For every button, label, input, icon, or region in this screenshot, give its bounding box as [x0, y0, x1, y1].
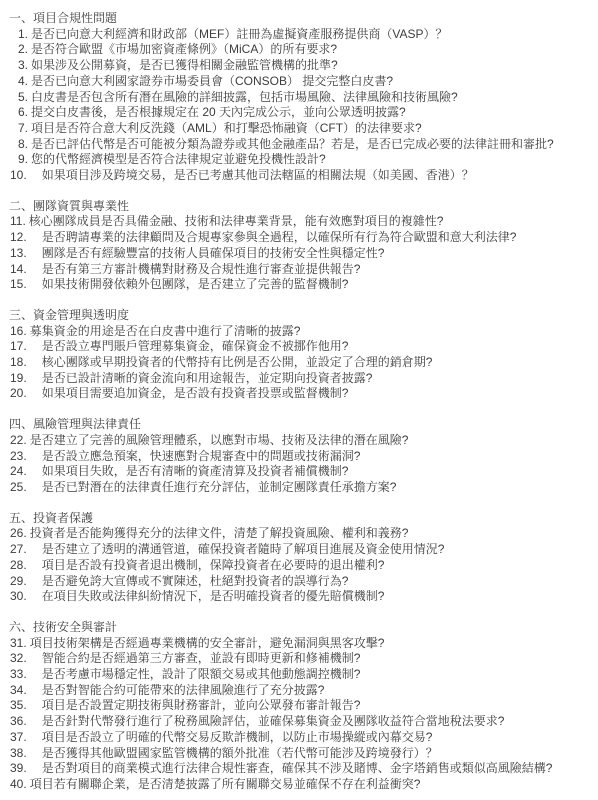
section-header: 六、技術安全與審計 [0, 620, 598, 636]
item-number: 33. [10, 667, 27, 683]
checklist-item: 30.在項目失敗或法律糾紛情況下，是否明確投資者的優先賠償機制? [0, 589, 598, 605]
item-text: 是否已設計清晰的資金流向和用途報告，並定期向投資者披露? [42, 371, 373, 387]
section-header: 三、資金管理與透明度 [0, 308, 598, 324]
section-header: 五、投資者保護 [0, 511, 598, 527]
section-4: 四、風險管理與法律責任22.是否建立了完善的風險管理體系，以應對市場、技術及法律… [0, 417, 598, 496]
item-number: 18. [10, 355, 27, 371]
item-text: 白皮書是否包含所有潛在風險的詳細披露，包括市場風險、法律風險和技術風險? [31, 90, 458, 106]
section-header: 一、項目合規性問題 [0, 11, 598, 27]
item-text: 是否獲得其他歐盟國家監管機構的額外批准（若代幣可能涉及跨境發行）？ [42, 746, 438, 762]
item-number: 9. [18, 152, 28, 168]
checklist-item: 25.是否已對潛在的法律責任進行充分評估，並制定團隊責任承擔方案? [0, 480, 598, 496]
item-number: 29. [10, 574, 27, 590]
item-text: 是否考慮市場穩定性，設計了限額交易或其他動態調控機制? [42, 667, 361, 683]
checklist-item: 9.您的代幣經濟模型是否符合法律規定並避免投機性設計? [0, 152, 598, 168]
item-text: 是否設立專門賬戶管理募集資金，確保資金不被挪作他用? [42, 339, 349, 355]
checklist-item: 38.是否獲得其他歐盟國家監管機構的額外批准（若代幣可能涉及跨境發行）？ [0, 746, 598, 762]
item-number: 20. [10, 386, 27, 402]
item-text: 團隊是否有經驗豐富的技術人員確保項目的技術安全性與穩定性? [42, 246, 385, 262]
checklist-item: 33.是否考慮市場穩定性，設計了限額交易或其他動態調控機制? [0, 667, 598, 683]
item-number: 27. [10, 542, 27, 558]
item-number: 39. [10, 761, 27, 777]
item-number: 31. [10, 636, 27, 652]
item-text: 如果項目需要追加資金，是否設有投資者投票或監督機制? [42, 386, 349, 402]
checklist-item: 26.投資者是否能夠獲得充分的法律文件，清楚了解投資風險、權利和義務? [0, 526, 598, 542]
item-number: 40. [10, 777, 27, 793]
item-number: 37. [10, 730, 27, 746]
checklist-item: 32.智能合約是否經過第三方審查，並設有即時更新和修補機制? [0, 651, 598, 667]
item-text: 是否對智能合約可能帶來的法律風險進行了充分披露? [42, 683, 325, 699]
item-number: 13. [10, 246, 27, 262]
item-number: 22. [10, 433, 27, 449]
section-1: 一、項目合規性問題1.是否已向意大利經濟和財政部（MEF）註冊為虛擬資產服務提供… [0, 11, 598, 184]
item-number: 15. [10, 277, 27, 293]
checklist-item: 29.是否避免誇大宣傳或不實陳述，杜絕對投資者的誤導行為? [0, 574, 598, 590]
checklist-document: 一、項目合規性問題1.是否已向意大利經濟和財政部（MEF）註冊為虛擬資產服務提供… [0, 11, 598, 793]
item-number: 12. [10, 230, 27, 246]
item-text: 是否符合歐盟《市場加密資產條例》（MiCA）的所有要求? [31, 42, 337, 58]
checklist-item: 16.募集資金的用途是否在白皮書中進行了清晰的披露? [0, 324, 598, 340]
item-text: 項目是否設立了明確的代幣交易反欺詐機制，以防止市場操縱或內幕交易? [42, 730, 433, 746]
checklist-item: 1.是否已向意大利經濟和財政部（MEF）註冊為虛擬資產服務提供商（VASP）？ [0, 27, 598, 43]
checklist-item: 2.是否符合歐盟《市場加密資產條例》（MiCA）的所有要求? [0, 42, 598, 58]
checklist-item: 19.是否已設計清晰的資金流向和用途報告，並定期向投資者披露? [0, 371, 598, 387]
checklist-item: 5.白皮書是否包含所有潛在風險的詳細披露，包括市場風險、法律風險和技術風險? [0, 90, 598, 106]
item-text: 是否已向意大利經濟和財政部（MEF）註冊為虛擬資產服務提供商（VASP）？ [31, 27, 447, 43]
item-text: 項目是否設有投資者退出機制，保障投資者在必要時的退出權利? [42, 558, 385, 574]
item-text: 投資者是否能夠獲得充分的法律文件，清楚了解投資風險、權利和義務? [30, 526, 409, 542]
checklist-item: 24.如果項目失敗，是否有清晰的資產清算及投資者補償機制? [0, 464, 598, 480]
item-text: 項目是否設置定期技術與財務審計，並向公眾發布審計報告? [42, 698, 361, 714]
item-number: 38. [10, 746, 27, 762]
item-text: 是否已向意大利國家證券市場委員會（CONSOB） 提交完整白皮書? [31, 74, 393, 90]
item-text: 是否避免誇大宣傳或不實陳述，杜絕對投資者的誤導行為? [42, 574, 349, 590]
item-text: 是否已評估代幣是否可能被分類為證券或其他金融產品？若是，是否已完成必要的法律註冊… [31, 137, 554, 153]
item-text: 是否建立了完善的風險管理體系，以應對市場、技術及法律的潛在風險? [30, 433, 409, 449]
item-number: 17. [10, 339, 27, 355]
section-2: 二、團隊資質與專業性11.核心團隊成員是否具備金融、技術和法律專業背景，能有效應… [0, 199, 598, 293]
item-number: 30. [10, 589, 27, 605]
checklist-item: 17.是否設立專門賬戶管理募集資金，確保資金不被挪作他用? [0, 339, 598, 355]
checklist-item: 40.項目若有關聯企業，是否清楚披露了所有關聯交易並確保不存在利益衝突? [0, 777, 598, 793]
item-text: 核心團隊成員是否具備金融、技術和法律專業背景，能有效應對項目的複雜性? [29, 214, 444, 230]
section-3: 三、資金管理與透明度16.募集資金的用途是否在白皮書中進行了清晰的披露?17.是… [0, 308, 598, 402]
checklist-item: 15.如果技術開發依賴外包團隊，是否建立了完善的監督機制? [0, 277, 598, 293]
checklist-item: 28.項目是否設有投資者退出機制，保障投資者在必要時的退出權利? [0, 558, 598, 574]
item-text: 是否設立應急預案，快速應對合規審查中的問題或技術漏洞? [42, 449, 361, 465]
item-text: 提交白皮書後，是否根據規定在 20 天內完成公示，並向公眾透明披露? [31, 105, 406, 121]
item-number: 3. [18, 58, 28, 74]
item-number: 11. [10, 214, 26, 230]
item-number: 10. [10, 168, 27, 184]
item-text: 如果技術開發依賴外包團隊，是否建立了完善的監督機制? [42, 277, 349, 293]
item-number: 16. [10, 324, 27, 340]
checklist-item: 7.項目是否符合意大利反洗錢（AML）和打擊恐怖融資（CFT）的法律要求? [0, 121, 598, 137]
section-header: 四、風險管理與法律責任 [0, 417, 598, 433]
item-text: 是否聘請專業的法律顧問及合規專家參與全過程，以確保所有行為符合歐盟和意大利法律? [42, 230, 517, 246]
item-number: 26. [10, 526, 27, 542]
checklist-item: 11.核心團隊成員是否具備金融、技術和法律專業背景，能有效應對項目的複雜性? [0, 214, 598, 230]
checklist-item: 31.項目技術架構是否經過專業機構的安全審計，避免漏洞與黑客攻擊? [0, 636, 598, 652]
section-6: 六、技術安全與審計31.項目技術架構是否經過專業機構的安全審計，避免漏洞與黑客攻… [0, 620, 598, 793]
item-text: 在項目失敗或法律糾紛情況下，是否明確投資者的優先賠償機制? [42, 589, 385, 605]
checklist-item: 10.如果項目涉及跨境交易，是否已考慮其他司法轄區的相關法規（如美國、香港）？ [0, 168, 598, 184]
item-number: 6. [18, 105, 28, 121]
item-number: 32. [10, 651, 27, 667]
item-number: 8. [18, 137, 28, 153]
item-number: 24. [10, 464, 27, 480]
item-number: 23. [10, 449, 27, 465]
item-text: 如果涉及公開募資，是否已獲得相關金融監管機構的批準? [31, 58, 338, 74]
checklist-item: 23.是否設立應急預案，快速應對合規審查中的問題或技術漏洞? [0, 449, 598, 465]
section-header: 二、團隊資質與專業性 [0, 199, 598, 215]
item-number: 1. [18, 27, 28, 43]
item-text: 是否對項目的商業模式進行法律合規性審查，確保其不涉及賭博、金字塔銷售或類似高風險… [42, 761, 553, 777]
item-number: 5. [18, 90, 28, 106]
item-text: 募集資金的用途是否在白皮書中進行了清晰的披露? [30, 324, 301, 340]
checklist-item: 35.項目是否設置定期技術與財務審計，並向公眾發布審計報告? [0, 698, 598, 714]
item-text: 是否針對代幣發行進行了稅務風險評估，並確保募集資金及團隊收益符合當地稅法要求? [42, 714, 505, 730]
checklist-item: 20.如果項目需要追加資金，是否設有投資者投票或監督機制? [0, 386, 598, 402]
item-text: 是否有第三方審計機構對財務及合規性進行審查並提供報告? [42, 262, 361, 278]
item-text: 您的代幣經濟模型是否符合法律規定並避免投機性設計? [31, 152, 326, 168]
item-number: 25. [10, 480, 27, 496]
item-number: 7. [18, 121, 28, 137]
checklist-item: 13.團隊是否有經驗豐富的技術人員確保項目的技術安全性與穩定性? [0, 246, 598, 262]
checklist-item: 4.是否已向意大利國家證券市場委員會（CONSOB） 提交完整白皮書? [0, 74, 598, 90]
item-number: 2. [18, 42, 28, 58]
checklist-item: 6.提交白皮書後，是否根據規定在 20 天內完成公示，並向公眾透明披露? [0, 105, 598, 121]
checklist-item: 39.是否對項目的商業模式進行法律合規性審查，確保其不涉及賭博、金字塔銷售或類似… [0, 761, 598, 777]
item-number: 34. [10, 683, 27, 699]
item-number: 14. [10, 262, 27, 278]
item-text: 如果項目失敗，是否有清晰的資產清算及投資者補償機制? [42, 464, 349, 480]
item-number: 35. [10, 698, 27, 714]
checklist-item: 12.是否聘請專業的法律顧問及合規專家參與全過程，以確保所有行為符合歐盟和意大利… [0, 230, 598, 246]
item-number: 28. [10, 558, 27, 574]
checklist-item: 3.如果涉及公開募資，是否已獲得相關金融監管機構的批準? [0, 58, 598, 74]
checklist-item: 22.是否建立了完善的風險管理體系，以應對市場、技術及法律的潛在風險? [0, 433, 598, 449]
item-text: 項目若有關聯企業，是否清楚披露了所有關聯交易並確保不存在利益衝突? [30, 777, 421, 793]
item-text: 如果項目涉及跨境交易，是否已考慮其他司法轄區的相關法規（如美國、香港）？ [42, 168, 474, 184]
section-5: 五、投資者保護26.投資者是否能夠獲得充分的法律文件，清楚了解投資風險、權利和義… [0, 511, 598, 605]
item-text: 是否已對潛在的法律責任進行充分評估，並制定團隊責任承擔方案? [42, 480, 397, 496]
item-text: 智能合約是否經過第三方審查，並設有即時更新和修補機制? [42, 651, 361, 667]
item-text: 項目是否符合意大利反洗錢（AML）和打擊恐怖融資（CFT）的法律要求? [31, 121, 422, 137]
checklist-item: 34.是否對智能合約可能帶來的法律風險進行了充分披露? [0, 683, 598, 699]
checklist-item: 27.是否建立了透明的溝通管道，確保投資者隨時了解項目進展及資金使用情況? [0, 542, 598, 558]
item-number: 4. [18, 74, 28, 90]
checklist-item: 14.是否有第三方審計機構對財務及合規性進行審查並提供報告? [0, 262, 598, 278]
item-number: 36. [10, 714, 27, 730]
item-text: 項目技術架構是否經過專業機構的安全審計，避免漏洞與黑客攻擊? [30, 636, 385, 652]
item-text: 是否建立了透明的溝通管道，確保投資者隨時了解項目進展及資金使用情況? [42, 542, 445, 558]
document-page: 一、項目合規性問題1.是否已向意大利經濟和財政部（MEF）註冊為虛擬資產服務提供… [0, 0, 598, 793]
checklist-item: 18.核心團隊或早期投資者的代幣持有比例是否公開，並設定了合理的銷倉期? [0, 355, 598, 371]
checklist-item: 37.項目是否設立了明確的代幣交易反欺詐機制，以防止市場操縱或內幕交易? [0, 730, 598, 746]
item-text: 核心團隊或早期投資者的代幣持有比例是否公開，並設定了合理的銷倉期? [42, 355, 433, 371]
checklist-item: 36.是否針對代幣發行進行了稅務風險評估，並確保募集資金及團隊收益符合當地稅法要… [0, 714, 598, 730]
item-number: 19. [10, 371, 27, 387]
checklist-item: 8.是否已評估代幣是否可能被分類為證券或其他金融產品？若是，是否已完成必要的法律… [0, 137, 598, 153]
